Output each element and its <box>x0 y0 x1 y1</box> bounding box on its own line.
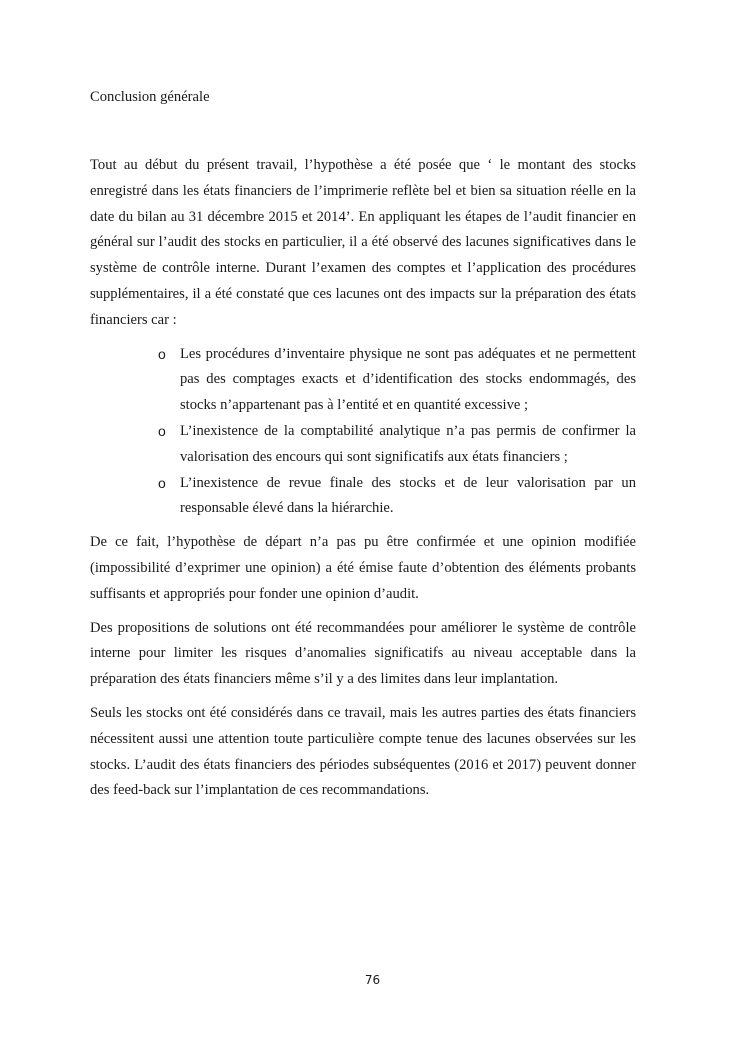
findings-list: o Les procédures d’inventaire physique n… <box>90 342 636 523</box>
list-item: o L’inexistence de revue finale des stoc… <box>90 471 636 523</box>
document-page: Conclusion générale Tout au début du pré… <box>0 0 745 1053</box>
circle-bullet-icon: o <box>158 471 166 497</box>
document-body: Tout au début du présent travail, l’hypo… <box>90 153 636 812</box>
circle-bullet-icon: o <box>158 342 166 368</box>
circle-bullet-icon: o <box>158 419 166 445</box>
scope-paragraph: Seuls les stocks ont été considérés dans… <box>90 701 636 804</box>
intro-paragraph: Tout au début du présent travail, l’hypo… <box>90 153 636 334</box>
page-number: 76 <box>0 973 745 987</box>
list-item: o L’inexistence de la comptabilité analy… <box>90 419 636 471</box>
conclusion-paragraph: De ce fait, l’hypothèse de départ n’a pa… <box>90 530 636 607</box>
list-item-text: Les procédures d’inventaire physique ne … <box>180 346 636 414</box>
list-item-text: L’inexistence de revue finale des stocks… <box>180 475 636 517</box>
section-title: Conclusion générale <box>90 89 210 106</box>
list-item: o Les procédures d’inventaire physique n… <box>90 342 636 419</box>
recommendations-paragraph: Des propositions de solutions ont été re… <box>90 616 636 693</box>
list-item-text: L’inexistence de la comptabilité analyti… <box>180 423 636 465</box>
